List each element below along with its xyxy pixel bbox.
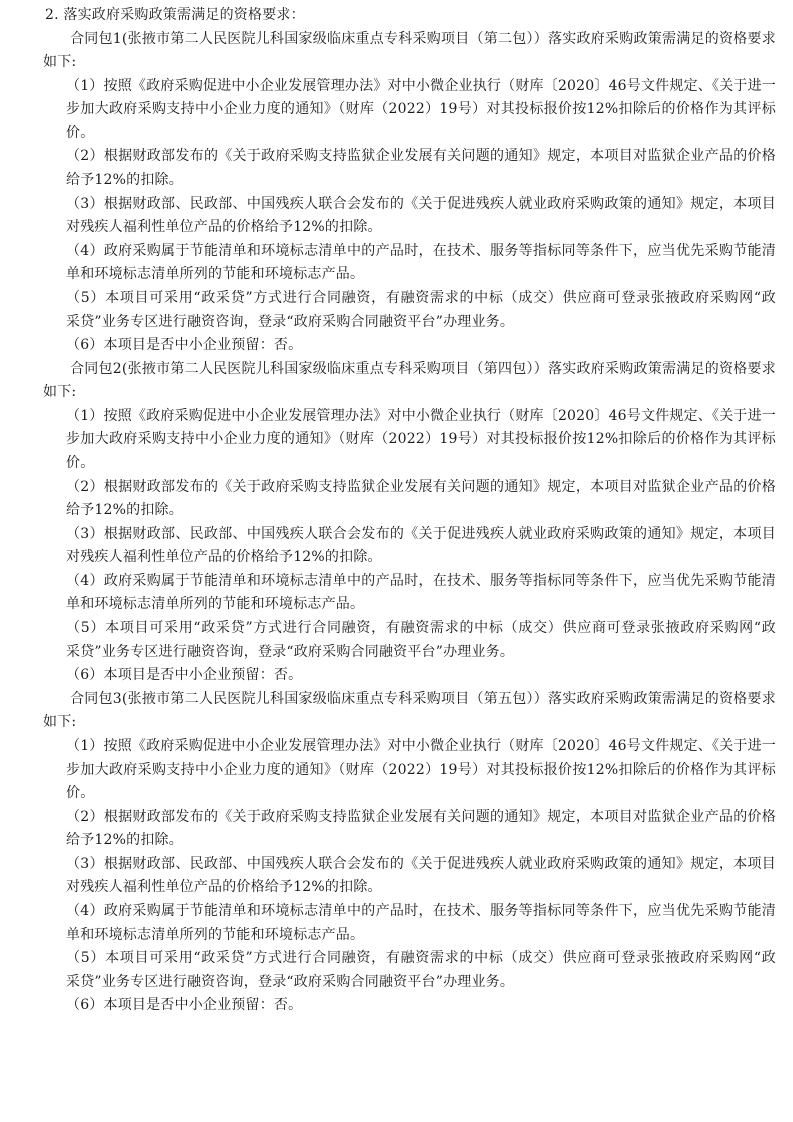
requirement-line: 价。 (0, 782, 793, 806)
requirement-item: （2）根据财政部发布的《关于政府采购支持监狱企业发展有关问题的通知》规定，本项目… (0, 145, 793, 192)
package-intro-continuation: 如下: (0, 51, 793, 75)
requirement-line: 给予12%的扣除。 (0, 169, 793, 193)
document-page: 2. 落实政府采购政策需满足的资格要求： 合同包1(张掖市第二人民医院儿科国家级… (0, 4, 793, 1018)
requirement-line: （5）本项目可采用“政采贷”方式进行合同融资，有融资需求的中标（成交）供应商可登… (0, 617, 793, 641)
requirement-item: （2）根据财政部发布的《关于政府采购支持监狱企业发展有关问题的通知》规定，本项目… (0, 476, 793, 523)
requirement-line: 采贷”业务专区进行融资咨询，登录“政府采购合同融资平台”办理业务。 (0, 641, 793, 665)
package-intro: 合同包1(张掖市第二人民医院儿科国家级临床重点专科采购项目（第二包））落实政府采… (0, 28, 793, 52)
requirement-line: 单和环境标志清单所列的节能和环境标志产品。 (0, 924, 793, 948)
requirement-line: （3）根据财政部、民政部、中国残疾人联合会发布的《关于促进残疾人就业政府采购政策… (0, 193, 793, 217)
contract-package: 合同包2(张掖市第二人民医院儿科国家级临床重点专科采购项目（第四包））落实政府采… (0, 358, 793, 688)
requirement-item: （6）本项目是否中小企业预留：否。 (0, 664, 793, 688)
requirement-item: （4）政府采购属于节能清单和环境标志清单中的产品时，在技术、服务等指标同等条件下… (0, 240, 793, 287)
requirement-line: （2）根据财政部发布的《关于政府采购支持监狱企业发展有关问题的通知》规定，本项目… (0, 145, 793, 169)
requirement-item: （3）根据财政部、民政部、中国残疾人联合会发布的《关于促进残疾人就业政府采购政策… (0, 853, 793, 900)
contract-package: 合同包1(张掖市第二人民医院儿科国家级临床重点专科采购项目（第二包））落实政府采… (0, 28, 793, 358)
requirement-line: （5）本项目可采用“政采贷”方式进行合同融资，有融资需求的中标（成交）供应商可登… (0, 947, 793, 971)
package-intro-continuation: 如下: (0, 381, 793, 405)
requirement-line: （1）按照《政府采购促进中小企业发展管理办法》对中小微企业执行（财库〔2020〕… (0, 405, 793, 429)
section-heading: 2. 落实政府采购政策需满足的资格要求： (0, 4, 793, 28)
package-list: 合同包1(张掖市第二人民医院儿科国家级临床重点专科采购项目（第二包））落实政府采… (0, 28, 793, 1018)
requirement-line: 给予12%的扣除。 (0, 499, 793, 523)
requirement-item: （3）根据财政部、民政部、中国残疾人联合会发布的《关于促进残疾人就业政府采购政策… (0, 193, 793, 240)
requirement-line: 采贷”业务专区进行融资咨询，登录“政府采购合同融资平台”办理业务。 (0, 311, 793, 335)
requirement-line: （4）政府采购属于节能清单和环境标志清单中的产品时，在技术、服务等指标同等条件下… (0, 240, 793, 264)
requirement-line: （3）根据财政部、民政部、中国残疾人联合会发布的《关于促进残疾人就业政府采购政策… (0, 523, 793, 547)
requirement-line: 对残疾人福利性单位产品的价格给予12%的扣除。 (0, 546, 793, 570)
requirement-line: 单和环境标志清单所列的节能和环境标志产品。 (0, 593, 793, 617)
requirement-line: （2）根据财政部发布的《关于政府采购支持监狱企业发展有关问题的通知》规定，本项目… (0, 806, 793, 830)
requirement-line: （6）本项目是否中小企业预留：否。 (0, 664, 793, 688)
requirement-line: 单和环境标志清单所列的节能和环境标志产品。 (0, 263, 793, 287)
requirement-item: （6）本项目是否中小企业预留：否。 (0, 994, 793, 1018)
requirement-line: （5）本项目可采用“政采贷”方式进行合同融资，有融资需求的中标（成交）供应商可登… (0, 287, 793, 311)
requirement-line: 对残疾人福利性单位产品的价格给予12%的扣除。 (0, 216, 793, 240)
requirement-line: 给予12%的扣除。 (0, 829, 793, 853)
package-intro-continuation: 如下: (0, 711, 793, 735)
requirement-item: （2）根据财政部发布的《关于政府采购支持监狱企业发展有关问题的通知》规定，本项目… (0, 806, 793, 853)
package-intro: 合同包2(张掖市第二人民医院儿科国家级临床重点专科采购项目（第四包））落实政府采… (0, 358, 793, 382)
requirement-item: （1）按照《政府采购促进中小企业发展管理办法》对中小微企业执行（财库〔2020〕… (0, 75, 793, 146)
requirement-item: （1）按照《政府采购促进中小企业发展管理办法》对中小微企业执行（财库〔2020〕… (0, 405, 793, 476)
requirement-item: （4）政府采购属于节能清单和环境标志清单中的产品时，在技术、服务等指标同等条件下… (0, 900, 793, 947)
requirement-item: （5）本项目可采用“政采贷”方式进行合同融资，有融资需求的中标（成交）供应商可登… (0, 287, 793, 334)
requirement-item: （4）政府采购属于节能清单和环境标志清单中的产品时，在技术、服务等指标同等条件下… (0, 570, 793, 617)
requirement-line: 对残疾人福利性单位产品的价格给予12%的扣除。 (0, 876, 793, 900)
requirement-item: （3）根据财政部、民政部、中国残疾人联合会发布的《关于促进残疾人就业政府采购政策… (0, 523, 793, 570)
requirement-line: 步加大政府采购支持中小企业力度的通知》（财库（2022）19号）对其投标报价按1… (0, 98, 793, 122)
requirement-line: （6）本项目是否中小企业预留：否。 (0, 334, 793, 358)
requirement-line: （1）按照《政府采购促进中小企业发展管理办法》对中小微企业执行（财库〔2020〕… (0, 735, 793, 759)
requirement-line: （1）按照《政府采购促进中小企业发展管理办法》对中小微企业执行（财库〔2020〕… (0, 75, 793, 99)
requirement-line: 步加大政府采购支持中小企业力度的通知》（财库（2022）19号）对其投标报价按1… (0, 428, 793, 452)
contract-package: 合同包3(张掖市第二人民医院儿科国家级临床重点专科采购项目（第五包））落实政府采… (0, 688, 793, 1018)
requirement-line: 价。 (0, 452, 793, 476)
requirement-line: （3）根据财政部、民政部、中国残疾人联合会发布的《关于促进残疾人就业政府采购政策… (0, 853, 793, 877)
requirement-item: （6）本项目是否中小企业预留：否。 (0, 334, 793, 358)
package-intro: 合同包3(张掖市第二人民医院儿科国家级临床重点专科采购项目（第五包））落实政府采… (0, 688, 793, 712)
requirement-line: 采贷”业务专区进行融资咨询，登录“政府采购合同融资平台”办理业务。 (0, 971, 793, 995)
requirement-item: （5）本项目可采用“政采贷”方式进行合同融资，有融资需求的中标（成交）供应商可登… (0, 947, 793, 994)
requirement-line: 步加大政府采购支持中小企业力度的通知》（财库（2022）19号）对其投标报价按1… (0, 759, 793, 783)
requirement-item: （5）本项目可采用“政采贷”方式进行合同融资，有融资需求的中标（成交）供应商可登… (0, 617, 793, 664)
requirement-line: （2）根据财政部发布的《关于政府采购支持监狱企业发展有关问题的通知》规定，本项目… (0, 476, 793, 500)
requirement-line: 价。 (0, 122, 793, 146)
requirement-item: （1）按照《政府采购促进中小企业发展管理办法》对中小微企业执行（财库〔2020〕… (0, 735, 793, 806)
requirement-line: （4）政府采购属于节能清单和环境标志清单中的产品时，在技术、服务等指标同等条件下… (0, 900, 793, 924)
requirement-line: （4）政府采购属于节能清单和环境标志清单中的产品时，在技术、服务等指标同等条件下… (0, 570, 793, 594)
requirement-line: （6）本项目是否中小企业预留：否。 (0, 994, 793, 1018)
